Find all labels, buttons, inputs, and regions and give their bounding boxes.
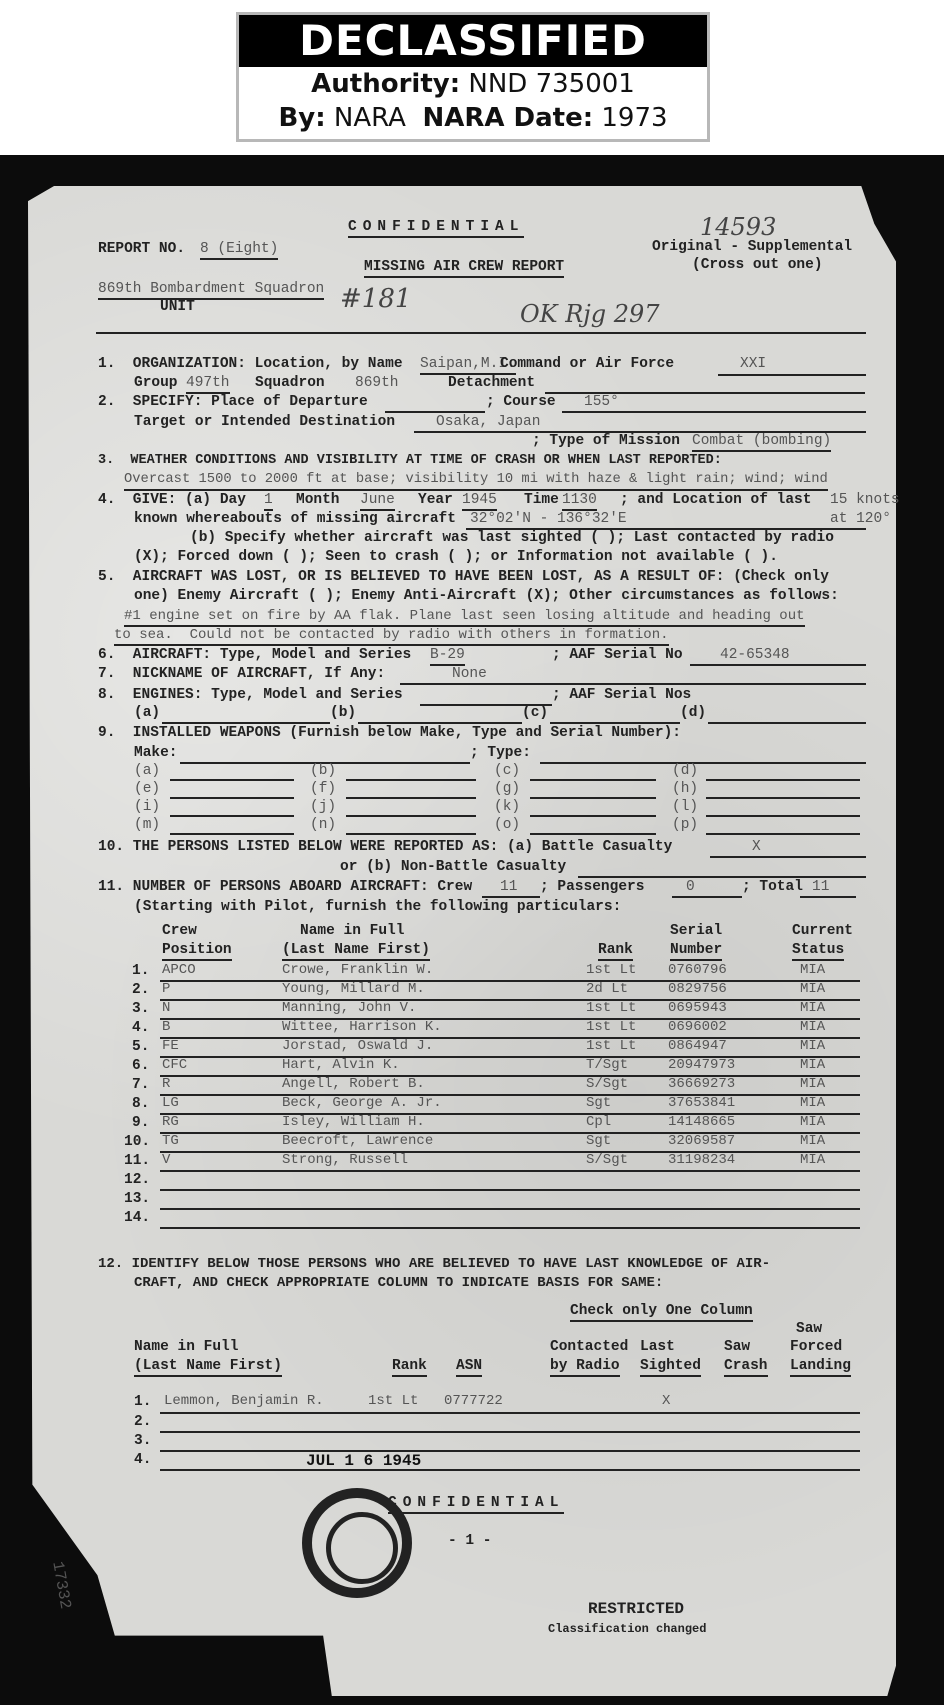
row-number: 1. bbox=[134, 1393, 151, 1411]
crew-serial: 36669273 bbox=[668, 1076, 735, 1092]
col-status-1: Current bbox=[792, 922, 853, 940]
item4-label: 4. GIVE: (a) Day bbox=[98, 491, 246, 509]
person-asn: 0777722 bbox=[444, 1393, 503, 1409]
row-rule bbox=[160, 1469, 860, 1471]
crew-position: APCO bbox=[162, 962, 196, 978]
unit-label: UNIT bbox=[160, 298, 195, 316]
k-col-sighted-2: Sighted bbox=[640, 1357, 701, 1377]
item2-target: Osaka, Japan bbox=[436, 413, 540, 431]
crew-name: Crowe, Franklin W. bbox=[282, 962, 433, 978]
crew-name: Beecroft, Lawrence bbox=[282, 1133, 433, 1149]
crew-serial: 32069587 bbox=[668, 1133, 735, 1149]
crew-serial: 0864947 bbox=[668, 1038, 727, 1054]
item3-value: Overcast 1500 to 2000 ft at base; visibi… bbox=[124, 471, 828, 491]
crew-name: Strong, Russell bbox=[282, 1152, 408, 1168]
crew-serial: 20947973 bbox=[668, 1057, 735, 1073]
item9-make: Make: bbox=[134, 744, 178, 762]
original-supplemental: Original - Supplemental bbox=[652, 238, 852, 256]
row-number: 10. bbox=[124, 1133, 150, 1151]
unit-value: 869th Bombardment Squadron bbox=[98, 280, 324, 300]
weapon-p: (p) bbox=[672, 816, 698, 834]
item9-type-rule bbox=[540, 762, 866, 764]
item8-d-rule bbox=[708, 722, 866, 724]
weapon-rule bbox=[706, 779, 860, 781]
item2-course-label: ; Course bbox=[486, 393, 556, 411]
weapon-m: (m) bbox=[134, 816, 160, 834]
item11-total-label: ; Total bbox=[742, 878, 803, 896]
row-rule bbox=[160, 1412, 860, 1414]
authority-label: Authority: bbox=[311, 69, 460, 99]
item1-group: 497th bbox=[186, 374, 230, 394]
report-no-label: REPORT NO. bbox=[98, 240, 185, 258]
item4-known-label: known whereabouts of missing aircraft bbox=[134, 510, 456, 528]
crew-position: R bbox=[162, 1076, 170, 1092]
row-rule bbox=[160, 1113, 860, 1115]
item2-course: 155° bbox=[584, 393, 619, 411]
crew-serial: 0760796 bbox=[668, 962, 727, 978]
item6-serial-rule bbox=[690, 664, 866, 666]
crew-status: MIA bbox=[800, 1076, 825, 1092]
row-number: 2. bbox=[134, 1413, 151, 1431]
crew-name: Wittee, Harrison K. bbox=[282, 1019, 442, 1035]
item11-total-rule bbox=[800, 896, 856, 898]
item9-type: ; Type: bbox=[470, 744, 531, 762]
row-rule bbox=[160, 1094, 860, 1096]
row-number: 9. bbox=[132, 1114, 149, 1132]
crew-position: P bbox=[162, 981, 170, 997]
item11-pass-label: ; Passengers bbox=[540, 878, 644, 896]
cross-out-note: (Cross out one) bbox=[692, 256, 823, 274]
item6-serial-label: ; AAF Serial No bbox=[552, 646, 683, 664]
item7-rule bbox=[400, 683, 866, 685]
item4-time: 1130 bbox=[562, 491, 597, 511]
item4-day: 1 bbox=[264, 491, 273, 511]
col-status-2: Status bbox=[792, 941, 844, 961]
weapon-g: (g) bbox=[494, 780, 520, 798]
crew-position: N bbox=[162, 1000, 170, 1016]
row-rule bbox=[160, 980, 860, 982]
item4-month-label: Month bbox=[296, 491, 340, 509]
k-col-crash-1: Saw bbox=[724, 1338, 750, 1356]
weapon-h: (h) bbox=[672, 780, 698, 798]
row-number: 4. bbox=[134, 1451, 151, 1469]
col-position-1: Crew bbox=[162, 922, 197, 940]
declassified-title: DECLASSIFIED bbox=[239, 15, 707, 67]
row-number: 7. bbox=[132, 1076, 149, 1094]
crew-name: Hart, Alvin K. bbox=[282, 1057, 400, 1073]
last-sighted-mark: X bbox=[662, 1393, 670, 1409]
item9-label: 9. INSTALLED WEAPONS (Furnish below Make… bbox=[98, 724, 681, 742]
crew-status: MIA bbox=[800, 1000, 825, 1016]
row-number: 14. bbox=[124, 1209, 150, 1227]
weapon-l: (l) bbox=[672, 798, 698, 816]
check-only-one: Check only One Column bbox=[570, 1302, 753, 1322]
item1-command-rule bbox=[718, 374, 866, 376]
crew-status: MIA bbox=[800, 1057, 825, 1073]
crew-status: MIA bbox=[800, 962, 825, 978]
item2-course-rule bbox=[562, 411, 866, 413]
item8-d: (d) bbox=[680, 704, 706, 722]
row-rule bbox=[160, 1189, 860, 1191]
item10-battle: X bbox=[752, 838, 761, 856]
row-rule bbox=[160, 1056, 860, 1058]
col-rank: Rank bbox=[598, 941, 633, 961]
weapon-d: (d) bbox=[672, 762, 698, 780]
item12-label1: 12. IDENTIFY BELOW THOSE PERSONS WHO ARE… bbox=[98, 1255, 770, 1273]
item10-nonbattle: or (b) Non-Battle Casualty bbox=[340, 858, 566, 876]
item7-label: 7. NICKNAME OF AIRCRAFT, If Any: bbox=[98, 665, 385, 683]
weapon-rule bbox=[706, 833, 860, 835]
row-number: 13. bbox=[124, 1190, 150, 1208]
regraded-stamp: RESTRICTED bbox=[588, 1600, 684, 1618]
row-rule bbox=[160, 1018, 860, 1020]
crew-name: Angell, Robert B. bbox=[282, 1076, 425, 1092]
crew-serial: 14148665 bbox=[668, 1114, 735, 1130]
weapon-rule bbox=[530, 779, 656, 781]
item6-label: 6. AIRCRAFT: Type, Model and Series bbox=[98, 646, 411, 664]
row-rule bbox=[160, 1037, 860, 1039]
crew-status: MIA bbox=[800, 981, 825, 997]
crew-position: B bbox=[162, 1019, 170, 1035]
weapon-c: (c) bbox=[494, 762, 520, 780]
item5-detail2: to sea. Could not be contacted by radio … bbox=[114, 626, 669, 646]
item10-label: 10. THE PERSONS LISTED BELOW WERE REPORT… bbox=[98, 838, 672, 856]
item2-label: 2. SPECIFY: Place of Departure bbox=[98, 393, 368, 411]
row-number: 8. bbox=[132, 1095, 149, 1113]
k-col-asn: ASN bbox=[456, 1357, 482, 1377]
item8-b: (b) bbox=[330, 704, 356, 722]
handwritten-number: 14593 bbox=[700, 218, 776, 236]
item12-label2: CRAFT, AND CHECK APPROPRIATE COLUMN TO I… bbox=[134, 1274, 663, 1292]
crew-rank: Sgt bbox=[586, 1095, 611, 1111]
received-date-stamp: JUL 1 6 1945 bbox=[306, 1452, 421, 1470]
weapon-rule bbox=[346, 833, 476, 835]
k-col-name-1: Name in Full bbox=[134, 1338, 238, 1356]
crew-rank: T/Sgt bbox=[586, 1057, 628, 1073]
weapon-i: (i) bbox=[134, 798, 160, 816]
row-number: 11. bbox=[124, 1152, 150, 1170]
row-rule bbox=[160, 1431, 860, 1433]
weapon-rule bbox=[706, 797, 860, 799]
item6-type: B-29 bbox=[430, 646, 465, 666]
crew-rank: Cpl bbox=[586, 1114, 611, 1130]
weapon-rule bbox=[170, 815, 294, 817]
person-rank: 1st Lt bbox=[368, 1393, 418, 1409]
crew-status: MIA bbox=[800, 1038, 825, 1054]
regraded-note: Classification changed bbox=[548, 1620, 706, 1638]
crew-name: Jorstad, Oswald J. bbox=[282, 1038, 433, 1054]
weapon-n: (n) bbox=[310, 816, 336, 834]
weapon-j: (j) bbox=[310, 798, 336, 816]
classification-header: CONFIDENTIAL bbox=[348, 218, 524, 238]
by-label: By: bbox=[278, 103, 325, 133]
by-value: NARA bbox=[334, 103, 406, 133]
item4b-line1: (b) Specify whether aircraft was last si… bbox=[190, 529, 834, 547]
item11-crew: 11 bbox=[500, 878, 517, 896]
crew-position: TG bbox=[162, 1133, 179, 1149]
crew-rank: S/Sgt bbox=[586, 1076, 628, 1092]
item8-label: 8. ENGINES: Type, Model and Series bbox=[98, 686, 403, 704]
row-number: 4. bbox=[132, 1019, 149, 1037]
item10-battle-rule bbox=[710, 856, 866, 858]
crew-serial: 31198234 bbox=[668, 1152, 735, 1168]
row-rule bbox=[160, 999, 860, 1001]
item3-label: 3. WEATHER CONDITIONS AND VISIBILITY AT … bbox=[98, 452, 722, 470]
row-rule bbox=[160, 1227, 860, 1229]
item6-serial: 42-65348 bbox=[720, 646, 790, 664]
crew-name: Young, Millard M. bbox=[282, 981, 425, 997]
row-rule bbox=[160, 1151, 860, 1153]
col-name-2: (Last Name First) bbox=[282, 941, 430, 961]
row-rule bbox=[160, 1450, 860, 1452]
crew-rank: 1st Lt bbox=[586, 962, 636, 978]
crew-serial: 0696002 bbox=[668, 1019, 727, 1035]
item5-line1: 5. AIRCRAFT WAS LOST, OR IS BELIEVED TO … bbox=[98, 568, 829, 586]
weapon-a: (a) bbox=[134, 762, 160, 780]
weapon-rule bbox=[170, 797, 294, 799]
weapon-e: (e) bbox=[134, 780, 160, 798]
crew-rank: 1st Lt bbox=[586, 1038, 636, 1054]
item4-heading: at 120° bbox=[830, 510, 891, 528]
weapon-rule bbox=[346, 779, 476, 781]
k-col-rank: Rank bbox=[392, 1357, 427, 1377]
item4-location-label: ; and Location of last bbox=[620, 491, 811, 509]
row-number: 5. bbox=[132, 1038, 149, 1056]
item1-detachment-label: Detachment bbox=[448, 374, 535, 392]
crew-rank: 1st Lt bbox=[586, 1019, 636, 1035]
date-label: NARA Date: bbox=[422, 103, 593, 133]
crew-position: LG bbox=[162, 1095, 179, 1111]
person-name: Lemmon, Benjamin R. bbox=[164, 1393, 324, 1409]
crew-status: MIA bbox=[800, 1095, 825, 1111]
k-col-name-2: (Last Name First) bbox=[134, 1357, 282, 1377]
row-number: 3. bbox=[134, 1432, 151, 1450]
crew-rank: 2d Lt bbox=[586, 981, 628, 997]
item1-group-label: Group bbox=[134, 374, 178, 392]
item5-line2: one) Enemy Aircraft ( ); Enemy Anti-Airc… bbox=[134, 587, 839, 605]
k-col-radio-2: by Radio bbox=[550, 1357, 620, 1377]
weapon-o: (o) bbox=[494, 816, 520, 834]
weapon-rule bbox=[706, 815, 860, 817]
item8-c: (c) bbox=[522, 704, 548, 722]
form-title: MISSING AIR CREW REPORT bbox=[364, 258, 564, 278]
weapon-b: (b) bbox=[310, 762, 336, 780]
item1-squadron: 869th bbox=[355, 374, 399, 392]
crew-position: RG bbox=[162, 1114, 179, 1130]
classification-footer: CONFIDENTIAL bbox=[388, 1494, 564, 1514]
item11-sub: (Starting with Pilot, furnish the follow… bbox=[134, 898, 621, 916]
col-serial-2: Number bbox=[670, 941, 722, 961]
row-rule bbox=[160, 1132, 860, 1134]
k-col-forced-1: Forced bbox=[790, 1338, 842, 1356]
item4-month: June bbox=[360, 491, 395, 511]
weapon-rule bbox=[346, 797, 476, 799]
col-forced-0: Saw bbox=[796, 1320, 822, 1338]
date-value: 1973 bbox=[601, 103, 667, 133]
weapon-rule bbox=[346, 815, 476, 817]
item2-mission: Combat (bombing) bbox=[692, 432, 831, 452]
item11-total: 11 bbox=[812, 878, 829, 896]
item11-pass: 0 bbox=[686, 878, 695, 896]
item2-mission-label: ; Type of Mission bbox=[532, 432, 680, 450]
item4-coords: 32°02'N - 136°32'E bbox=[470, 510, 627, 528]
item4-year: 1945 bbox=[462, 491, 497, 511]
row-number: 2. bbox=[132, 981, 149, 999]
item4-knots: 15 knots bbox=[830, 491, 900, 509]
header-rule bbox=[96, 332, 866, 334]
crew-serial: 37653841 bbox=[668, 1095, 735, 1111]
weapon-k: (k) bbox=[494, 798, 520, 816]
row-number: 6. bbox=[132, 1057, 149, 1075]
crew-status: MIA bbox=[800, 1114, 825, 1130]
crew-serial: 0695943 bbox=[668, 1000, 727, 1016]
crew-serial: 0829756 bbox=[668, 981, 727, 997]
item1-label: 1. ORGANIZATION: Location, by Name bbox=[98, 355, 403, 373]
k-col-radio-1: Contacted bbox=[550, 1338, 628, 1356]
crew-rank: Sgt bbox=[586, 1133, 611, 1149]
crew-name: Beck, George A. Jr. bbox=[282, 1095, 442, 1111]
row-rule bbox=[160, 1075, 860, 1077]
item7-value: None bbox=[452, 665, 487, 683]
weapon-rule bbox=[530, 797, 656, 799]
weapon-rule bbox=[170, 779, 294, 781]
item1-command: XXI bbox=[740, 355, 766, 373]
handwritten-ok: OK Rjg 297 bbox=[520, 305, 660, 323]
item1-command-label: Command or Air Force bbox=[500, 355, 674, 373]
crew-position: FE bbox=[162, 1038, 179, 1054]
k-col-forced-2: Landing bbox=[790, 1357, 851, 1377]
col-position-2: Position bbox=[162, 941, 232, 961]
row-number: 12. bbox=[124, 1171, 150, 1189]
crew-rank: S/Sgt bbox=[586, 1152, 628, 1168]
handwritten-ref: #181 bbox=[340, 290, 411, 308]
weapon-rule bbox=[170, 833, 294, 835]
k-col-crash-2: Crash bbox=[724, 1357, 768, 1377]
report-no-value: 8 (Eight) bbox=[200, 240, 278, 260]
item1-squadron-label: Squadron bbox=[255, 374, 325, 392]
col-serial-1: Serial bbox=[670, 922, 722, 940]
page-number: - 1 - bbox=[448, 1532, 492, 1550]
declassified-stamp: DECLASSIFIED Authority: NND 735001 By: N… bbox=[236, 12, 710, 142]
crew-name: Isley, William H. bbox=[282, 1114, 425, 1130]
item11-label: 11. NUMBER OF PERSONS ABOARD AIRCRAFT: C… bbox=[98, 878, 472, 896]
by-line: By: NARA NARA Date: 1973 bbox=[239, 101, 707, 135]
item4-time-label: Time bbox=[524, 491, 559, 509]
item8-serial-label: ; AAF Serial Nos bbox=[552, 686, 691, 704]
crew-position: V bbox=[162, 1152, 170, 1168]
crew-status: MIA bbox=[800, 1152, 825, 1168]
item4-year-label: Year bbox=[418, 491, 453, 509]
row-rule bbox=[160, 1170, 860, 1172]
crew-position: CFC bbox=[162, 1057, 187, 1073]
weapon-rule bbox=[530, 833, 656, 835]
item11-pass-rule bbox=[672, 896, 742, 898]
item8-a: (a) bbox=[134, 704, 160, 722]
crew-rank: 1st Lt bbox=[586, 1000, 636, 1016]
col-name-1: Name in Full bbox=[300, 922, 404, 940]
item5-detail1: #1 engine set on fire by AA flak. Plane … bbox=[124, 607, 805, 627]
row-number: 1. bbox=[132, 962, 149, 980]
item4b-line2: (X); Forced down ( ); Seen to crash ( );… bbox=[134, 548, 778, 566]
authority-value: NND 735001 bbox=[468, 69, 634, 99]
k-col-sighted-1: Last bbox=[640, 1338, 675, 1356]
item2-target-label: Target or Intended Destination bbox=[134, 413, 395, 431]
crew-status: MIA bbox=[800, 1019, 825, 1035]
authority-line: Authority: NND 735001 bbox=[239, 67, 707, 101]
row-number: 3. bbox=[132, 1000, 149, 1018]
crew-name: Manning, John V. bbox=[282, 1000, 416, 1016]
crew-status: MIA bbox=[800, 1133, 825, 1149]
row-rule bbox=[160, 1208, 860, 1210]
weapon-f: (f) bbox=[310, 780, 336, 798]
weapon-rule bbox=[530, 815, 656, 817]
